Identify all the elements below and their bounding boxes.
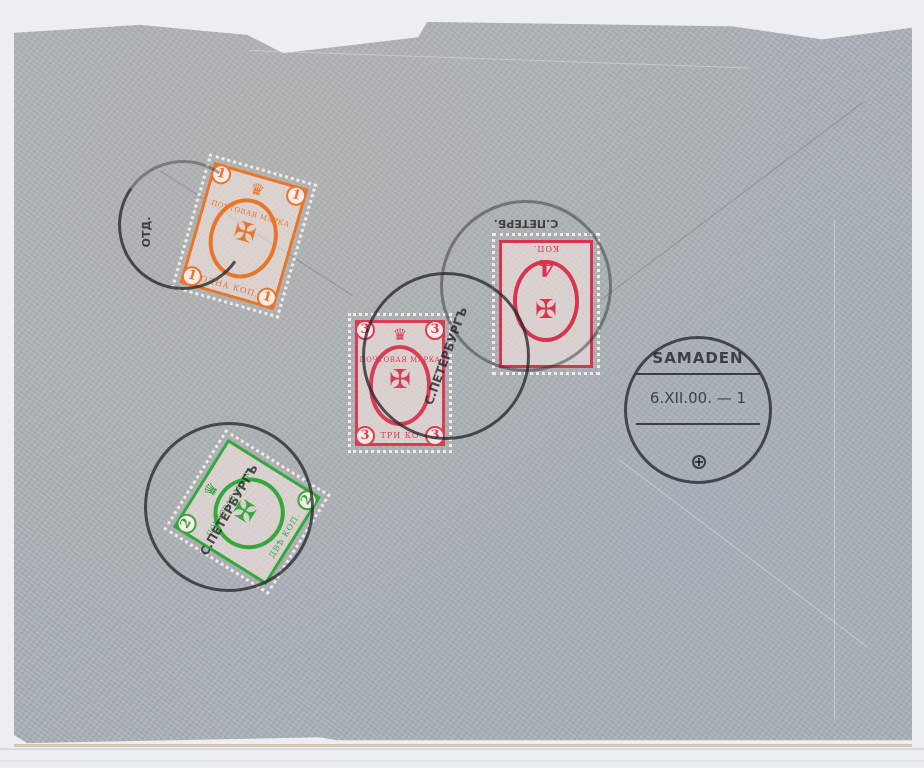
postmark-samaden: SAMADEN 6.XII.00. — 1 bbox=[624, 336, 772, 484]
postmark-band-bottom bbox=[636, 423, 761, 425]
sleeve-edge bbox=[0, 748, 924, 750]
postmark-text: С.ПЕТЕРБ. bbox=[443, 217, 609, 230]
envelope-bottom-edge bbox=[14, 744, 912, 747]
postmark-text: С.ПЕТЕРБУРГЪ bbox=[412, 277, 481, 434]
postmark-text: С.ПЕТЕРБУРГЪ bbox=[182, 435, 276, 584]
postmark-town: SAMADEN bbox=[627, 349, 769, 367]
postmark-st-petersburg-center: С.ПЕТЕРБУРГЪ bbox=[362, 272, 530, 440]
fold-crease-right bbox=[834, 220, 835, 720]
swiss-cross-icon bbox=[692, 455, 706, 469]
postmark-left-bottom: С.ПЕТЕРБУРГЪ bbox=[144, 422, 314, 592]
postmark-date: 6.XII.00. — 1 bbox=[627, 389, 769, 407]
sleeve-edge-lower bbox=[0, 760, 924, 762]
postmark-band-top bbox=[636, 373, 761, 375]
postmark-text: ОТД. bbox=[140, 167, 153, 297]
